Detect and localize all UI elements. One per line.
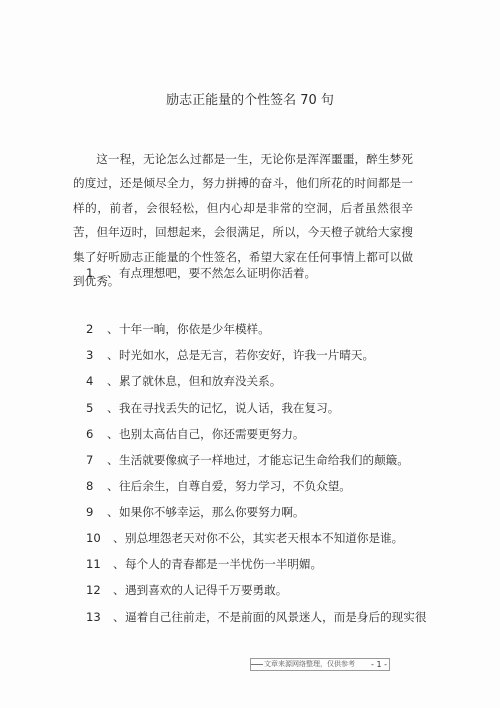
list-item: 4、累了就休息，但和放弃没关系。 [86, 373, 406, 389]
document-page: 励志正能量的个性签名 70 句 这一程，无论怎么过都是一生，无论你是浑浑噩噩，醉… [0, 0, 500, 708]
list-item: 7、生活就要像疯子一样地过，才能忘记生命给我们的颠簸。 [86, 452, 406, 468]
list-item: 8、往后余生，自尊自爱，努力学习，不负众望。 [86, 478, 406, 494]
footer-rule [251, 664, 263, 665]
item-text: 十年一晌，你依是少年模样。 [119, 322, 270, 336]
item-text: 每个人的青春都是一半忧伤一半明媚。 [125, 557, 322, 571]
item-number: 10 [86, 530, 113, 546]
item-number: 3 [86, 347, 107, 363]
item-text: 逼着自己往前走，不是前面的风景迷人，而是身后的现实很 [125, 610, 426, 624]
item-text: 累了就休息，但和放弃没关系。 [119, 374, 281, 388]
item-text: 遇到喜欢的人记得千万要勇敢。 [125, 583, 287, 597]
list-item: 11、每个人的青春都是一半忧伤一半明媚。 [86, 556, 406, 572]
list-item: 12、遇到喜欢的人记得千万要勇敢。 [86, 582, 406, 598]
item-text: 也别太高估自己，你还需要更努力。 [119, 427, 305, 441]
item-text: 别总埋怨老天对你不公，其实老天根本不知道你是谁。 [125, 531, 403, 545]
item-number: 12 [86, 582, 113, 598]
item-text: 我在寻找丢失的记忆，说人话，我在复习。 [119, 401, 339, 415]
item-number: 4 [86, 373, 107, 389]
item-number: 11 [86, 556, 113, 572]
page-footer: 文章来源网络整理，仅供参考 - 1 - [250, 658, 390, 671]
list-item: 10、别总埋怨老天对你不公，其实老天根本不知道你是谁。 [86, 530, 406, 546]
page-number: - 1 - [371, 659, 387, 670]
list-item: 5、我在寻找丢失的记忆，说人话，我在复习。 [86, 400, 406, 416]
item-text: 往后余生，自尊自爱，努力学习，不负众望。 [119, 479, 351, 493]
document-title: 励志正能量的个性签名 70 句 [0, 93, 500, 109]
item-number: 7 [86, 452, 107, 468]
item-number: 13 [86, 609, 113, 625]
item-number: 5 [86, 400, 107, 416]
item-number: 2 [86, 321, 107, 337]
list-item: 9、如果你不够幸运，那么你要努力啊。 [86, 504, 406, 520]
item-text: 如果你不够幸运，那么你要努力啊。 [119, 505, 305, 519]
item-number: 6 [86, 426, 107, 442]
item-text: 有点理想吧，要不然怎么证明你活着。 [119, 266, 316, 280]
footer-note: 文章来源网络整理，仅供参考 [264, 659, 371, 670]
list-item: 3、时光如水，总是无言，若你安好，许我一片晴天。 [86, 347, 406, 363]
list-item: 2、十年一晌，你依是少年模样。 [86, 321, 406, 337]
item-number: 8 [86, 478, 107, 494]
item-number: 1 [86, 265, 107, 281]
list-item: 6、也别太高估自己，你还需要更努力。 [86, 426, 406, 442]
list-item: 13、逼着自己往前走，不是前面的风景迷人，而是身后的现实很 [86, 609, 406, 625]
item-text: 时光如水，总是无言，若你安好，许我一片晴天。 [119, 348, 374, 362]
item-number: 9 [86, 504, 107, 520]
list-item: 1、有点理想吧，要不然怎么证明你活着。 [86, 265, 406, 281]
item-text: 生活就要像疯子一样地过，才能忘记生命给我们的颠簸。 [119, 453, 409, 467]
